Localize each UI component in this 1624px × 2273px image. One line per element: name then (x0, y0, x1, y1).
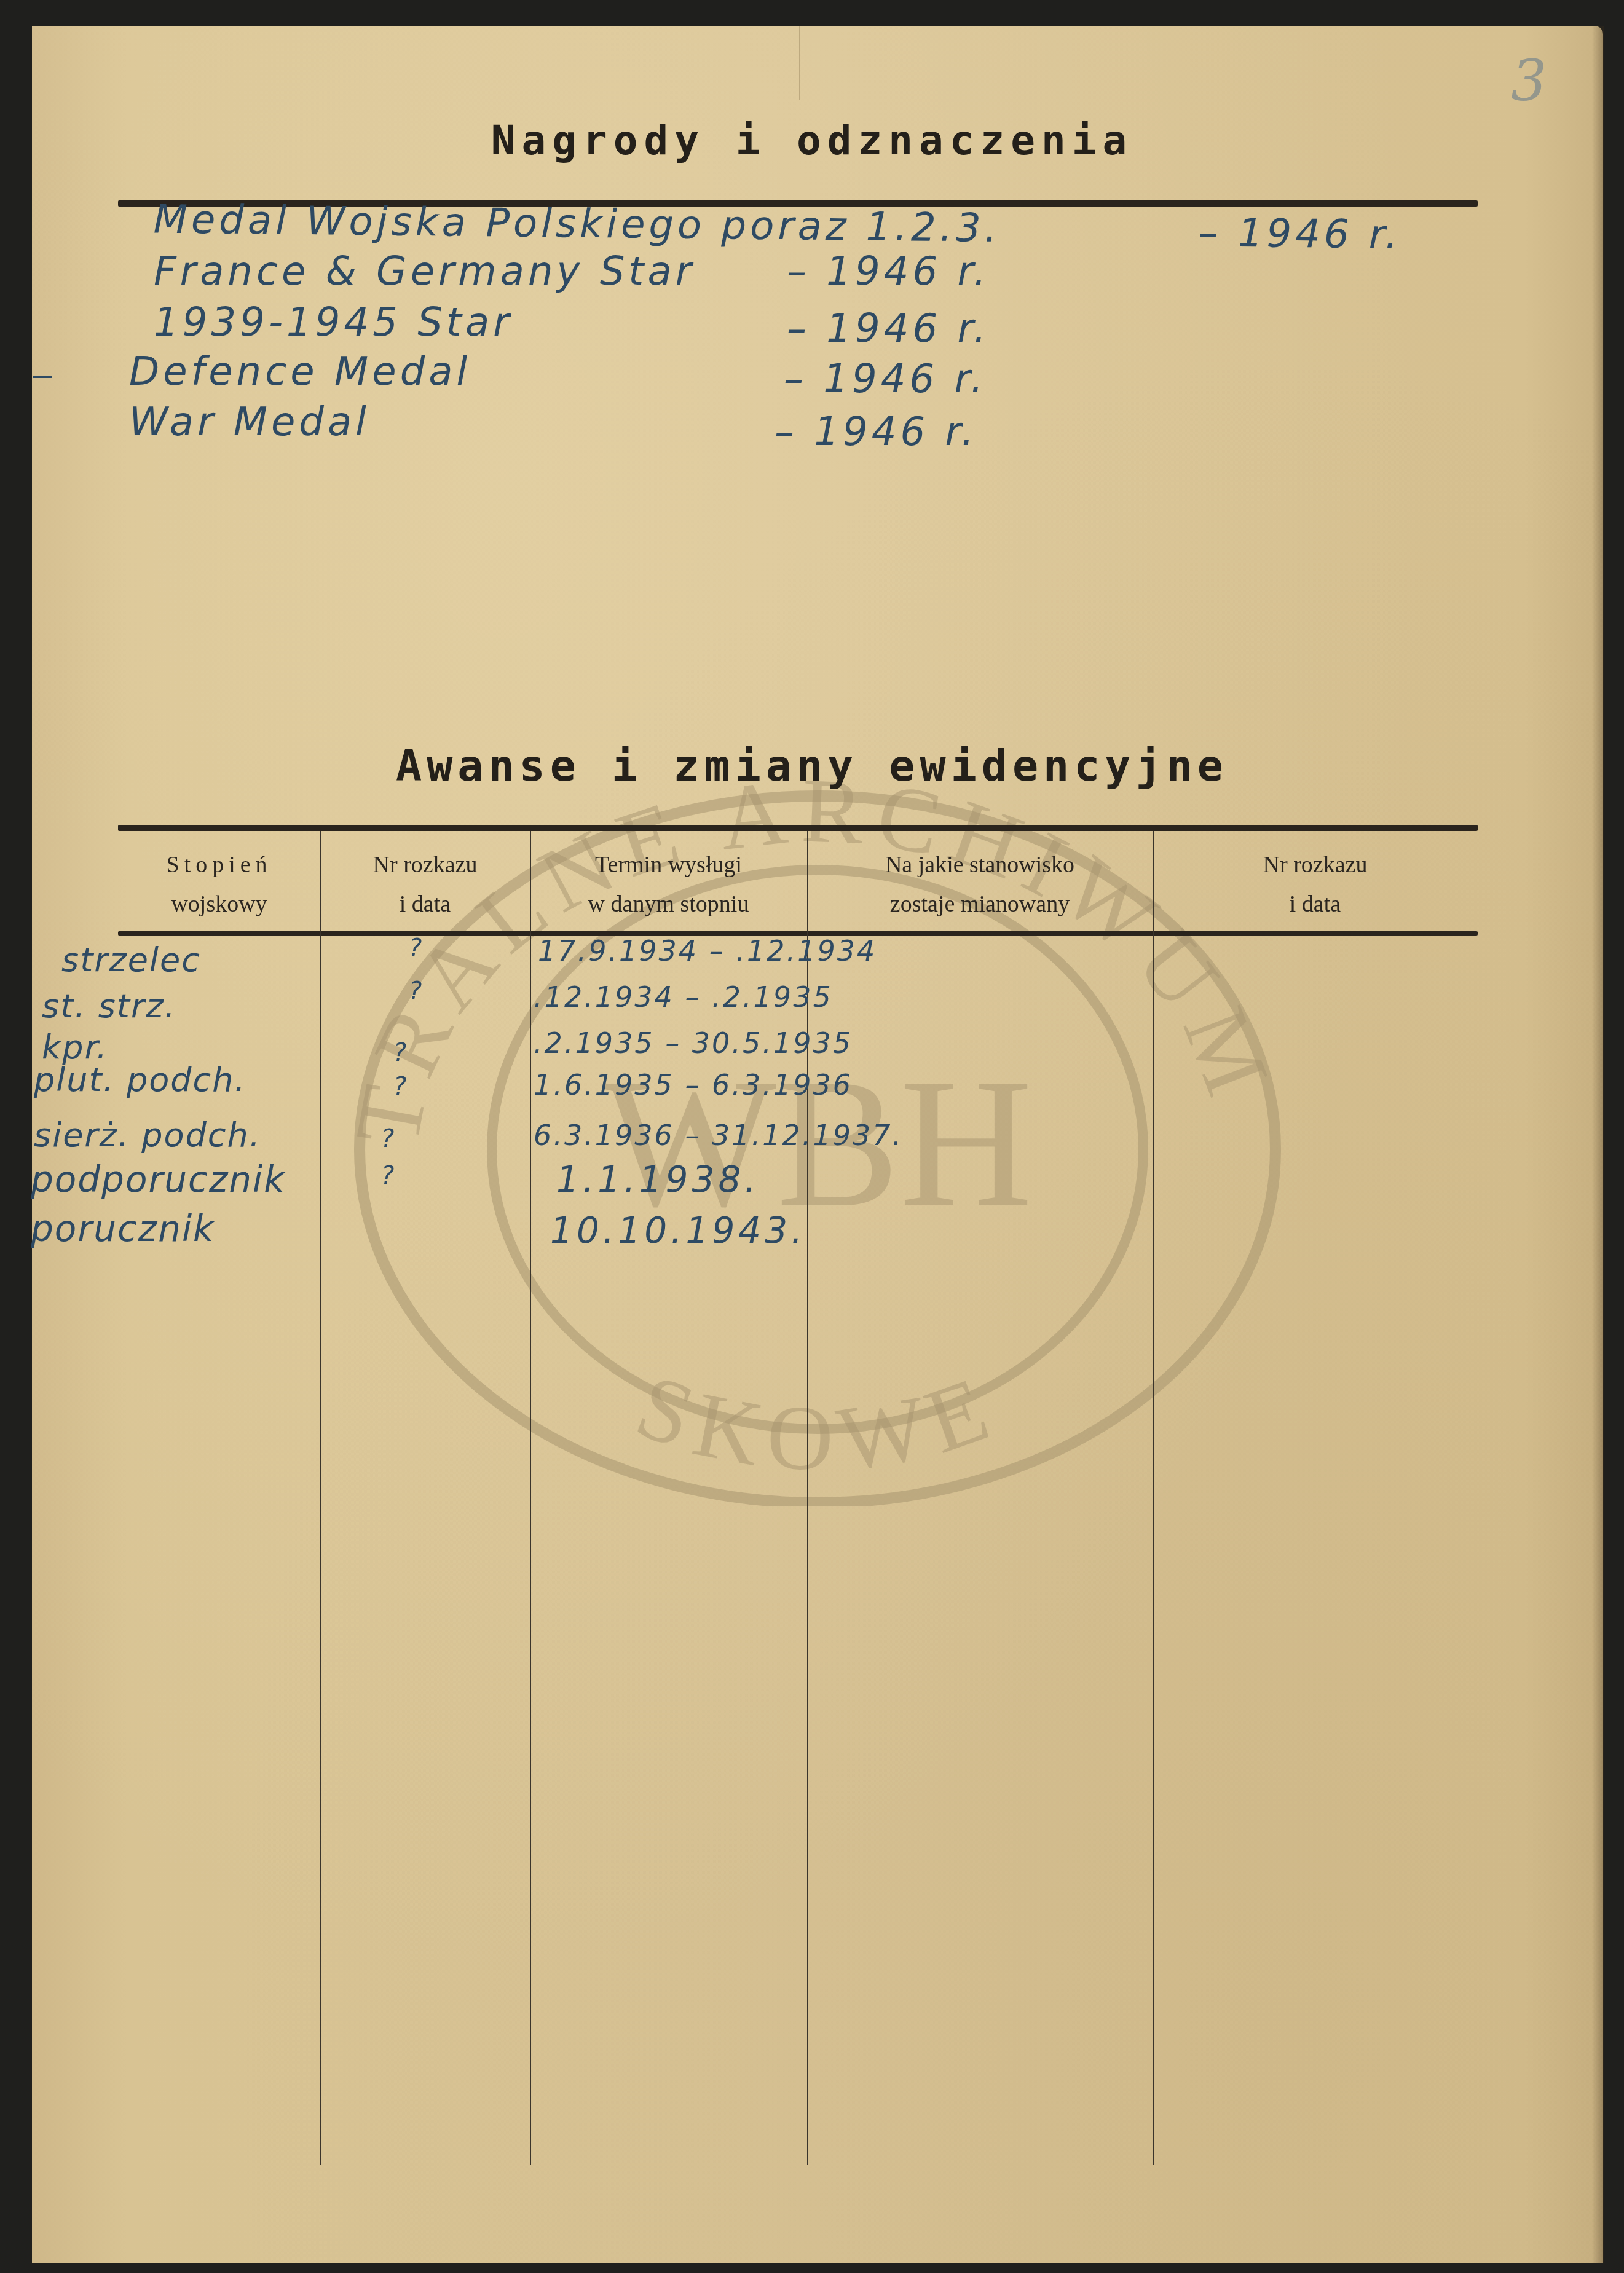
column-header-rank: Stopień wojskowy (118, 845, 320, 924)
term-cell: 1.1.1938. (556, 1159, 760, 1200)
award-date: – 1946 r. (775, 409, 977, 455)
rank-cell: st. strz. (42, 987, 176, 1025)
award-date: – 1946 r. (1198, 210, 1401, 258)
rank-cell: plut. podch. (34, 1060, 246, 1099)
column-divider (530, 831, 531, 2165)
awards-section-title: Nagrody i odznaczenia (0, 117, 1624, 164)
term-cell: 10.10.1943. (550, 1210, 806, 1251)
promotions-section-title: Awanse i zmiany ewidencyjne (0, 741, 1624, 791)
column-divider (320, 831, 321, 2165)
column-divider (1153, 831, 1154, 2165)
award-date: – 1946 r. (787, 306, 990, 352)
order-cell: ? (409, 977, 422, 1006)
term-cell: .12.1934 – .2.1935 (534, 980, 833, 1014)
term-cell: 6.3.1936 – 31.12.1937. (534, 1119, 903, 1152)
award-name: France & Germany Star (154, 249, 695, 294)
order-cell: ? (381, 1162, 394, 1190)
rank-cell: porucznik (31, 1208, 215, 1250)
term-cell: 17.9.1934 – .12.1934 (538, 934, 877, 967)
award-name: Defence Medal (129, 349, 471, 395)
award-name: Medal Wojska Polskiego poraz 1.2.3. (153, 197, 1001, 251)
table-top-rule (118, 825, 1478, 831)
rank-cell: strzelec (61, 940, 201, 979)
award-name: War Medal (129, 400, 370, 445)
award-date: – 1946 r. (784, 357, 987, 402)
margin-ink-mark (33, 376, 52, 378)
column-header-service-term: Termin wysługi w danym stopniu (530, 845, 807, 924)
rank-cell: sierż. podch. (34, 1116, 261, 1154)
page-edge-shadow (1592, 26, 1604, 2263)
paper-fold-mark (799, 26, 800, 100)
page-number: 3 (1511, 48, 1547, 114)
award-name: 1939-1945 Star (154, 300, 513, 345)
award-date: – 1946 r. (787, 249, 990, 294)
term-cell: 1.6.1935 – 6.3.1936 (534, 1068, 853, 1101)
column-header-position: Na jakie stanowisko zostaje mianowany (807, 845, 1153, 924)
order-cell: ? (393, 1073, 406, 1101)
rank-cell: podporucznik (31, 1159, 286, 1200)
order-cell: ? (393, 1039, 406, 1067)
column-header-order-number-2: Nr rozkazu i data (1153, 845, 1478, 924)
column-header-order-number: Nr rozkazu i data (320, 845, 530, 924)
term-cell: .2.1935 – 30.5.1935 (534, 1026, 853, 1060)
order-cell: ? (409, 934, 422, 963)
order-cell: ? (381, 1125, 394, 1153)
